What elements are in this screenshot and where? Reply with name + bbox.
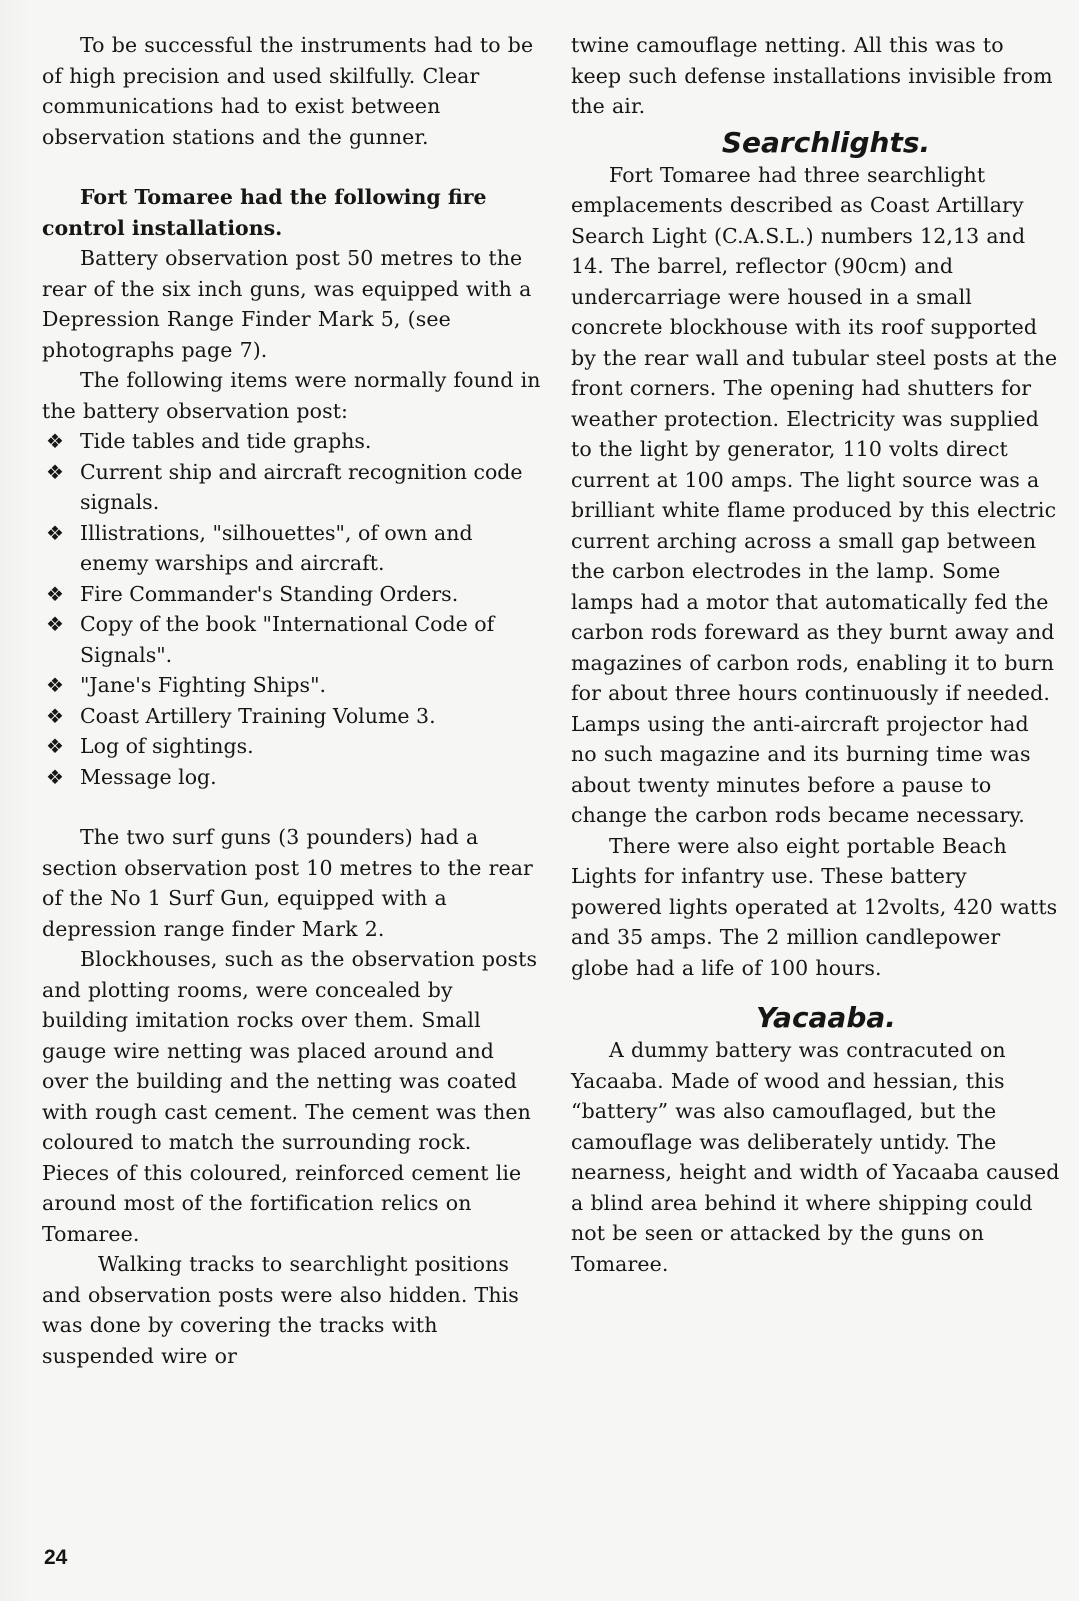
right-column: twine camouflage netting. All this was t…	[571, 30, 1061, 1279]
left-column: To be successful the instruments had to …	[42, 30, 542, 1371]
list-item-text: Fire Commander's Standing Orders.	[80, 582, 458, 606]
beach-lights-paragraph: There were also eight portable Beach Lig…	[571, 831, 1061, 984]
spacer	[571, 983, 1061, 997]
list-item: ❖Log of sightings.	[42, 731, 542, 762]
items-intro-paragraph: The following items were normally found …	[42, 365, 542, 426]
yacaaba-paragraph: A dummy battery was contracuted on Yacaa…	[571, 1035, 1061, 1279]
diamond-bullet-icon: ❖	[46, 579, 64, 610]
intro-paragraph: To be successful the instruments had to …	[42, 30, 542, 152]
diamond-bullet-icon: ❖	[46, 670, 64, 701]
list-item-text: Copy of the book "International Code of …	[80, 612, 494, 667]
document-page: To be successful the instruments had to …	[0, 0, 1079, 1601]
diamond-bullet-icon: ❖	[46, 762, 64, 793]
list-item: ❖Coast Artillery Training Volume 3.	[42, 701, 542, 732]
diamond-bullet-icon: ❖	[46, 457, 64, 488]
list-item-text: Tide tables and tide graphs.	[80, 429, 371, 453]
surf-guns-paragraph: The two surf guns (3 pounders) had a sec…	[42, 822, 542, 944]
spacer	[42, 152, 542, 182]
blockhouses-paragraph: Blockhouses, such as the observation pos…	[42, 944, 542, 1249]
list-item: ❖"Jane's Fighting Ships".	[42, 670, 542, 701]
continuation-paragraph: twine camouflage netting. All this was t…	[571, 30, 1061, 122]
diamond-bullet-icon: ❖	[46, 701, 64, 732]
fire-control-heading: Fort Tomaree had the following fire cont…	[42, 182, 542, 243]
list-item-text: Illistrations, "silhouettes", of own and…	[80, 521, 473, 576]
yacaaba-heading: Yacaaba.	[571, 1001, 1061, 1035]
searchlights-paragraph: Fort Tomaree had three searchlight empla…	[571, 160, 1061, 831]
battery-post-paragraph: Battery observation post 50 metres to th…	[42, 243, 542, 365]
list-item: ❖Copy of the book "International Code of…	[42, 609, 542, 670]
list-item-text: "Jane's Fighting Ships".	[80, 673, 326, 697]
searchlights-heading: Searchlights.	[571, 126, 1061, 160]
diamond-bullet-icon: ❖	[46, 426, 64, 457]
list-item-text: Current ship and aircraft recognition co…	[80, 460, 523, 515]
list-item-text: Log of sightings.	[80, 734, 254, 758]
diamond-bullet-icon: ❖	[46, 518, 64, 549]
items-list: ❖Tide tables and tide graphs. ❖Current s…	[42, 426, 542, 792]
walking-tracks-paragraph: Walking tracks to searchlight positions …	[42, 1249, 542, 1371]
list-item: ❖Illistrations, "silhouettes", of own an…	[42, 518, 542, 579]
list-item-text: Coast Artillery Training Volume 3.	[80, 704, 436, 728]
diamond-bullet-icon: ❖	[46, 609, 64, 640]
list-item: ❖Current ship and aircraft recognition c…	[42, 457, 542, 518]
spacer	[42, 792, 542, 822]
page-number: 24	[44, 1546, 67, 1570]
list-item: ❖Message log.	[42, 762, 542, 793]
list-item-text: Message log.	[80, 765, 217, 789]
diamond-bullet-icon: ❖	[46, 731, 64, 762]
list-item: ❖Tide tables and tide graphs.	[42, 426, 542, 457]
list-item: ❖Fire Commander's Standing Orders.	[42, 579, 542, 610]
